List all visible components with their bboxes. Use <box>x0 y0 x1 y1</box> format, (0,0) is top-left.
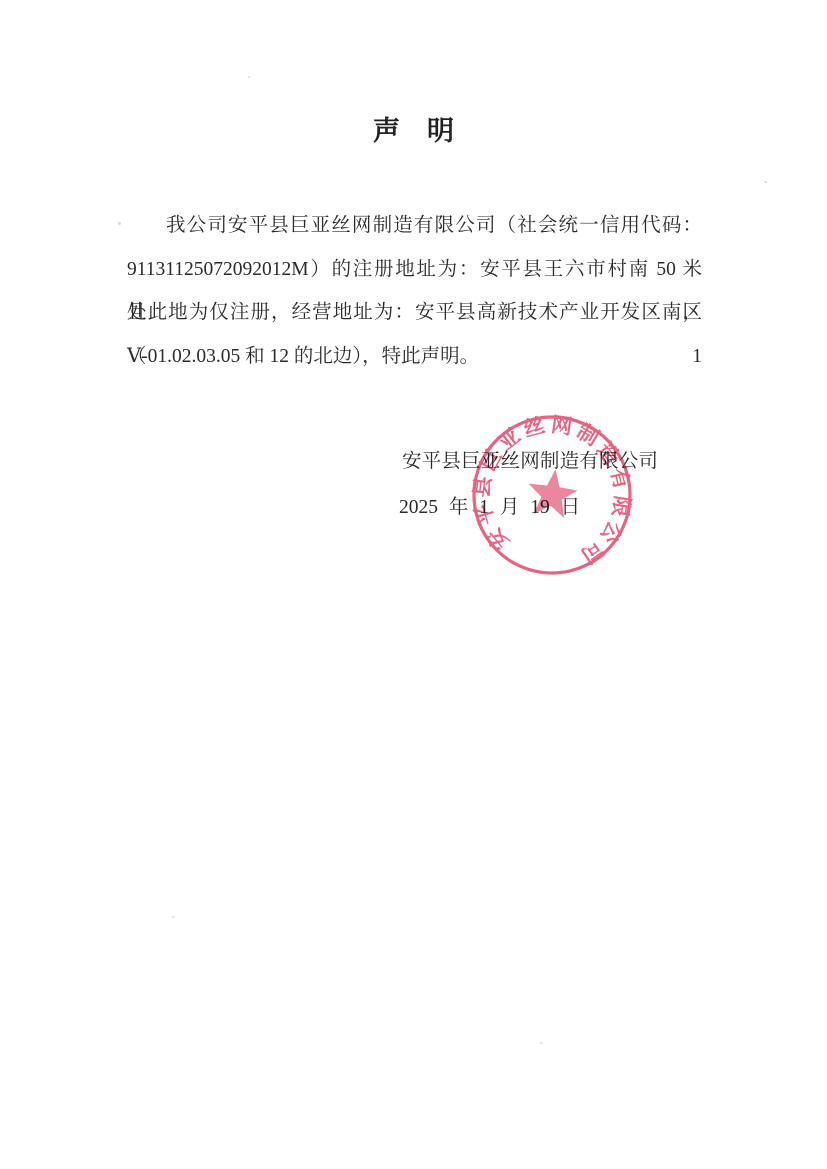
page-title: 声 明 <box>0 117 827 147</box>
seal-ring <box>470 412 634 578</box>
scan-speck <box>540 1042 542 1044</box>
seal-arc-char: 制 <box>573 419 603 450</box>
seal-arc-char: 公 <box>596 517 627 548</box>
paragraph-line: 我公司安平县巨亚丝网制造有限公司（社会统一信用代码： <box>127 204 702 248</box>
seal-arc-char: 网 <box>550 412 574 439</box>
scanned-declaration-page: 声 明 我公司安平县巨亚丝网制造有限公司（社会统一信用代码： 911311250… <box>0 0 827 1169</box>
declaration-paragraph: 我公司安平县巨亚丝网制造有限公司（社会统一信用代码： 9113112507209… <box>127 204 702 378</box>
seal-arc-char: 县 <box>470 475 496 499</box>
scan-speck <box>248 76 250 78</box>
scan-speck <box>764 181 767 183</box>
seal-arc-char: 安 <box>482 523 514 554</box>
seal-arc-char: 限 <box>608 494 634 519</box>
round-seal-icon: 安平县巨亚丝网制造有限公司 <box>470 412 634 578</box>
seal-arc-text: 安平县巨亚丝网制造有限公司 <box>470 412 634 573</box>
paragraph-line: 91131125072092012M）的注册地址为：安平县王六市村南 50 米处… <box>127 248 702 292</box>
paragraph-line: 且此地为仅注册，经营地址为：安平县高新技术产业开发区南区（1 <box>127 291 702 335</box>
signature-company-name: 安平县巨亚丝网制造有限公司 <box>402 451 658 473</box>
scan-speck <box>172 916 174 918</box>
signature-date: 2025 年 1 月 19 日 <box>399 497 580 519</box>
seal-arc-char: 丝 <box>521 413 547 442</box>
seal-arc-char: 司 <box>577 536 608 568</box>
scan-speck <box>118 222 121 225</box>
company-seal-stamp: 安平县巨亚丝网制造有限公司 <box>470 412 634 578</box>
